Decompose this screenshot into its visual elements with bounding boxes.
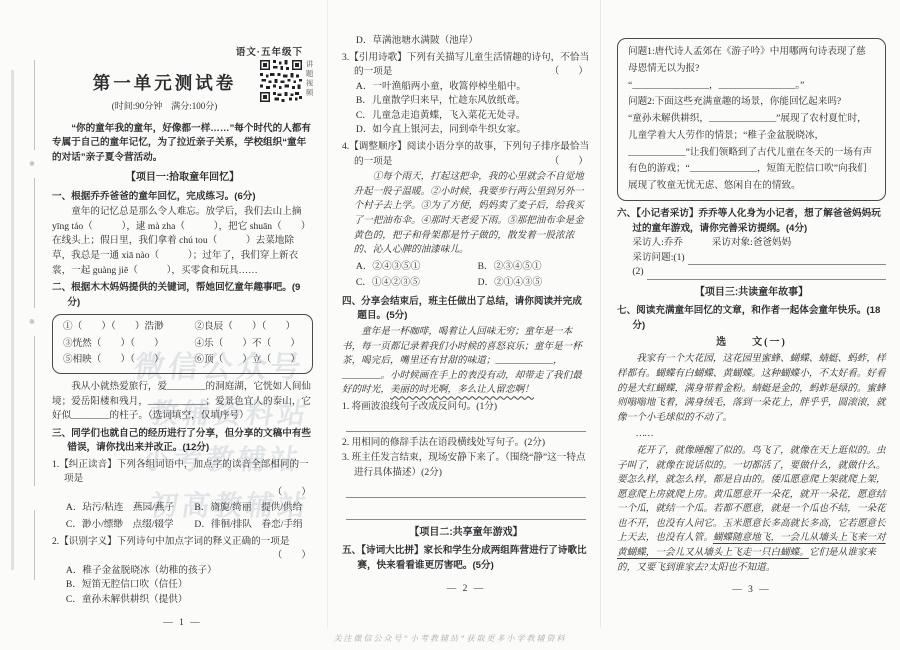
section4-passage: 童年是一杯咖啡，喝着让人回味无穷；童年是一本书，每一页都记录着我们小时候的喜怒哀… <box>342 325 590 398</box>
option: B．②③④⑤① <box>478 260 590 275</box>
section4-q1: 1. 将画波浪线句子改成反问句。(1分) <box>342 400 590 415</box>
subject-label: 语文·五年级下 <box>52 46 313 60</box>
word-bank-item: ②良辰（ ）（ ） <box>194 320 302 335</box>
answer-line <box>346 480 586 498</box>
ellipsis: …… <box>617 427 886 442</box>
box-question-1-blank: “________________，________________。” <box>628 78 875 95</box>
question-4-passage: ①每个雨天，打起这把伞，我的心里就会不自觉地升起一股子温暖。②小时候，我要步行两… <box>342 170 590 257</box>
word-bank-item: ④乐（ ）不（ ） <box>194 337 302 352</box>
interview-q1-label: 采访问题:(1) <box>632 251 684 266</box>
question-1-label: 1.【纠正读音】下列各组词语中，加点字的读音全部相同的一项是 <box>52 459 309 485</box>
answer-line <box>346 414 586 432</box>
page-1: 语文·五年级下 第一单元测试卷 (时间:90分钟 满分:100分) <box>0 0 327 628</box>
page-number-1: — 1 — <box>52 616 313 630</box>
option: D．草满池塘水满陂（池岸） <box>342 34 590 49</box>
option: D．徘徊/排队 眷恋/手绢 <box>194 518 313 533</box>
section6-heading: 六、【小记者采访】乔乔等人化身为小记者，想了解爸爸妈妈玩过的童年游戏，请你完善采… <box>617 207 886 236</box>
section4-heading: 四、分享会结束后，班主任做出了总结，请你阅读并完成题目。(5分) <box>342 295 590 324</box>
reading-passage-1: 我家有一个大花园，这花园里蜜蜂、蝴蝶、蜻蜓、蚂蚱，样样都有。蝴蝶有白蝴蝶、黄蝴蝶… <box>617 352 886 425</box>
answer-line <box>647 268 886 280</box>
interview-q2-label: (2) <box>632 265 643 280</box>
interview-people: 采访人:乔乔 采访对象:爸爸妈妈 <box>617 236 886 251</box>
question-4: 4.【调整顺序】阅读小语分享的故事，下列句子排序最恰当的一项是 （ ） <box>342 140 590 169</box>
qr-caption: 讲题视频 <box>304 60 315 98</box>
word-bank-item: ⑤相映（ ）（ ） <box>63 353 194 368</box>
wavy-underlined-text: 美丽的时光啊，多么让人留恋啊！ <box>390 384 534 395</box>
interview-question-1: 采访问题:(1) <box>617 251 886 266</box>
box-question-2: 问题2:下面这些充满童趣的场景，你能回忆起来吗? <box>628 94 875 111</box>
option: D．如今直上银河去，同到牵牛织女家。 <box>342 123 590 138</box>
option: A．②④③⑤① <box>356 260 478 275</box>
option: A．一叶渔船两小童，收篙停棹坐船中。 <box>342 80 590 95</box>
page-2: D．草满池塘水满陂（池岸） 3.【引用诗歌】下列有关描写儿童生活情趣的诗句，不恰… <box>327 0 600 628</box>
qr-block: 讲题视频 <box>260 60 315 102</box>
word-bank-box: ①（ ）（ ）浩渺 ②良辰（ ）（ ） ③恍然（ ）（ ） ④乐（ ）不（ ） … <box>52 314 313 374</box>
question-2-label: 2.【识别字义】下列诗句中加点字词的释义正确的一项是 <box>52 536 289 547</box>
word-bank-item: ①（ ）（ ）浩渺 <box>63 320 194 335</box>
box-question-2-text: “童孙未解供耕织，______________”展现了农村夏忙时，儿童学着大人劳… <box>628 111 875 195</box>
section2-passage: 我从小就热爱旅行，爱________的洞庭湖，它恍如人间仙境；爱岳阳楼和残月，_… <box>52 380 313 424</box>
section3-heading: 三、同学们也就自己的经历进行了分享，但分享的文稿中有些错误，请你找出来并改正。(… <box>52 427 313 456</box>
section5-heading: 五、【诗词大比拼】家长和学生分成两组阵营进行了诗歌比赛，快来看看谁更厉害吧。(5… <box>342 544 590 573</box>
title-block: 第一单元测试卷 (时间:90分钟 满分:100分) <box>52 70 313 113</box>
answer-paren: （ ） <box>285 549 311 564</box>
question-1: 1.【纠正读音】下列各组词语中，加点字的读音全部相同的一项是 （ ） <box>52 458 313 501</box>
answer-line <box>688 253 886 265</box>
question-2: 2.【识别字义】下列诗句中加点字词的释义正确的一项是 （ ） <box>52 535 313 564</box>
option: A．稚子金盆脱晓冰（幼稚的孩子） <box>52 564 313 579</box>
question-1-options: A．玷污/粘连 燕园/燕子 B．旖旎/绮丽 提供/供给 C．渺小/缥缈 点缀/辍… <box>52 501 313 532</box>
qr-code-icon <box>260 60 302 102</box>
project1-heading: 【项目一:拾取童年回忆】 <box>52 170 313 185</box>
answer-paren: （ ） <box>562 155 588 170</box>
option: B．旖旎/绮丽 提供/供给 <box>194 501 313 516</box>
intro-paragraph: “你的童年我的童年，好像都一样……”每个时代的人都有专属于自己的童年记忆，为了拉… <box>52 122 313 166</box>
answer-paren: （ ） <box>562 65 588 80</box>
word-bank-item: ⑥顶（ ）立（ ） <box>194 353 302 368</box>
option: C．渺小/缥缈 点缀/辍学 <box>66 518 194 533</box>
question-4-options: A．②④③⑤① B．②③④⑤① C．①④②③⑤ D．②①④③⑤ <box>342 260 590 291</box>
option: D．②①④③⑤ <box>478 276 590 291</box>
box-question-1: 问题1:唐代诗人孟郊在《游子吟》中用哪两句诗表现了慈母恩情无以为报? <box>628 44 875 78</box>
page-number-2: — 2 — <box>342 582 590 596</box>
project2-heading: 【项目二:共享童年游戏】 <box>342 525 590 540</box>
word-bank-item: ③恍然（ ）（ ） <box>63 337 194 352</box>
selection-title: 选 文(一) <box>617 335 886 350</box>
section2-heading: 二、根据木木妈妈提供的关键词，帮她回忆童年趣事吧。(9分) <box>52 281 313 310</box>
question-3: 3.【引用诗歌】下列有关描写儿童生活情趣的诗句，不恰当的一项是 （ ） <box>342 51 590 80</box>
page-3: 问题1:唐代诗人孟郊在《游子吟》中用哪两句诗表现了慈母恩情无以为报? “____… <box>600 0 900 628</box>
exam-sheet: 语文·五年级下 第一单元测试卷 (时间:90分钟 满分:100分) <box>0 0 900 628</box>
section1-heading: 一、根据乔乔爸爸的童年回忆，完成练习。(6分) <box>52 190 313 205</box>
project3-heading: 【项目三:共读童年故事】 <box>617 285 886 300</box>
interview-question-2: (2) <box>617 265 886 280</box>
option: B．短笛无腔信口吹（信任） <box>52 578 313 593</box>
section7-heading: 七、阅读充满童年回忆的文章，和作者一起体会童年快乐。(18分) <box>617 304 886 333</box>
option: B．儿童散学归来早，忙趁东风放纸鸢。 <box>342 94 590 109</box>
reading-passage-2: 花开了，就像睡醒了似的。鸟飞了，就像在天上逛似的。虫子叫了，就像在说话似的。一切… <box>617 444 886 575</box>
option: C．童孙未解供耕织（提供） <box>52 593 313 608</box>
quiz-box: 问题1:唐代诗人孟郊在《游子吟》中用哪两句诗表现了慈母恩情无以为报? “____… <box>617 38 886 201</box>
section4-q2: 2. 用相同的修辞手法在语段横线处写句子。(2分) <box>342 436 590 451</box>
option: C．①④②③⑤ <box>356 276 478 291</box>
passage-text: 花开了，就像睡醒了似的。鸟飞了，就像在天上逛似的。虫子叫了，就像在说话似的。一切… <box>617 445 886 543</box>
option: C．儿童急走追黄蝶，飞入菜花无处寻。 <box>342 109 590 124</box>
footer-note: 关注微信公众号“小考教辅站”获取更多小学教辅资料 <box>0 633 900 644</box>
page-number-3: — 3 — <box>617 583 886 597</box>
section4-q3: 3. 班主任发言结束，现场安静下来了。（围绕“静”这一特点进行具体描述）(2分) <box>342 451 590 480</box>
answer-paren: （ ） <box>285 486 311 501</box>
answer-line <box>346 502 586 520</box>
option: A．玷污/粘连 燕园/燕子 <box>66 501 194 516</box>
section1-passage: 童年的记忆总是那么令人难忘。放学后，我们去山上摘 yīng táo（ ），逮 m… <box>52 205 313 278</box>
